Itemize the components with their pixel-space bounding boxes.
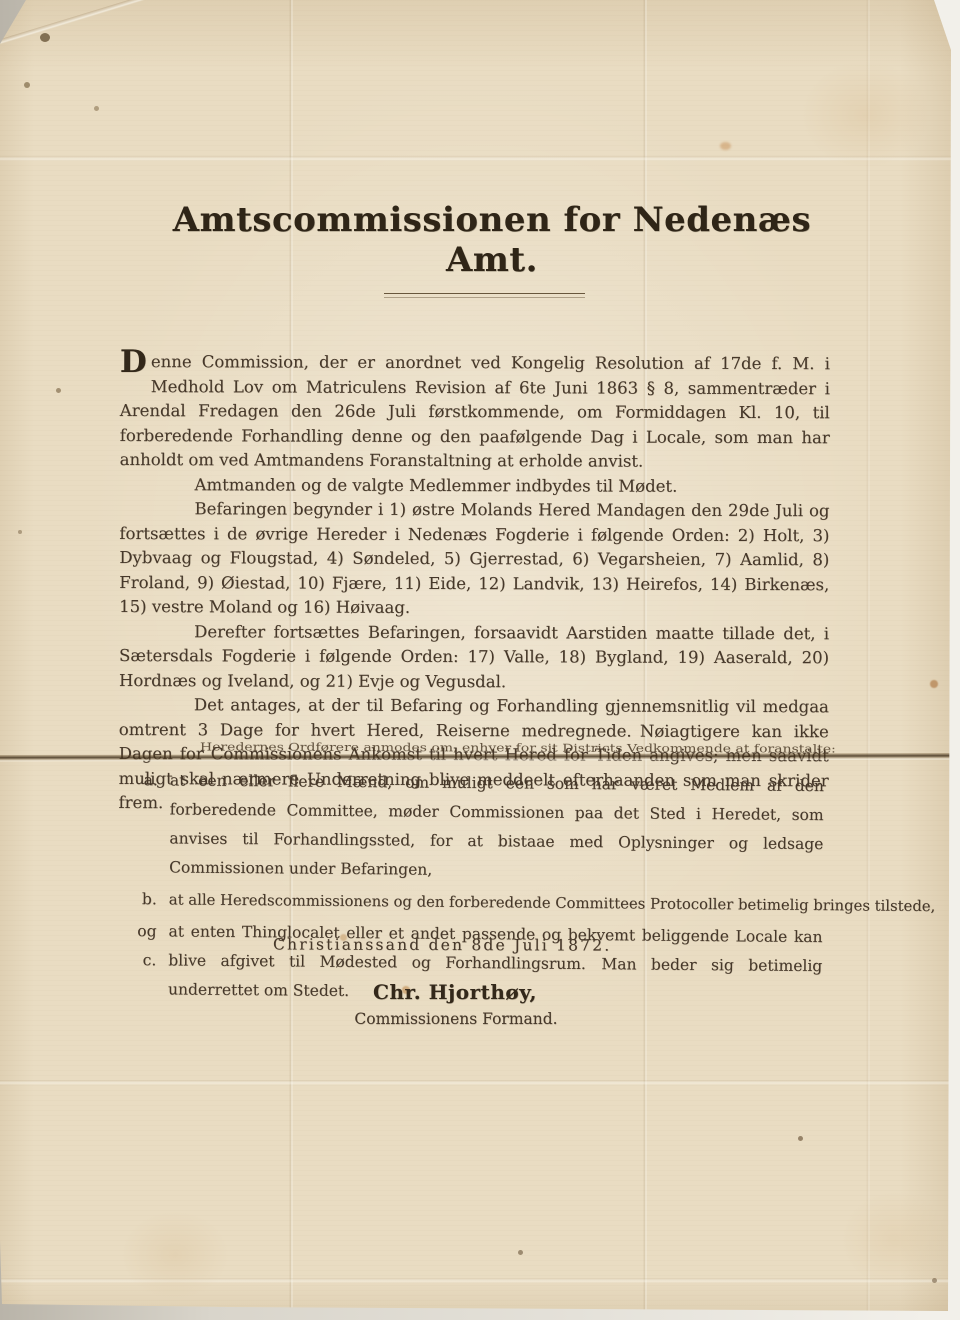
dateline: Christianssand den 8de Juli 1872. (273, 935, 612, 954)
stain (840, 1190, 950, 1290)
list-item-text: at alle Heredscommissionens og den forbe… (169, 885, 936, 921)
scanned-document: Amtscommissionen for Nedenæs Amt. Denne … (0, 0, 960, 1320)
list-item: b. at alle Heredscommissionens og den fo… (123, 885, 823, 920)
signature-name: Chr. Hjorthøy, (120, 980, 790, 1004)
stain (930, 680, 938, 688)
list-item-label: b. (123, 885, 169, 914)
stain (720, 142, 731, 150)
signature-role: Commissionens Formand. (120, 1010, 792, 1028)
horizontal-fold-crease (0, 1278, 960, 1283)
stain (120, 1210, 230, 1300)
stain (932, 1278, 937, 1283)
drop-cap-initial: D (120, 350, 151, 375)
list-item: a. at een eller flere Mænd, om muligt ee… (123, 766, 824, 888)
stain (8, 6, 17, 15)
vertical-fold-crease (866, 0, 870, 1320)
horizontal-fold-crease (0, 156, 960, 161)
horizontal-fold-crease (0, 1080, 960, 1085)
stain (56, 388, 61, 393)
intro-paragraph: Denne Commission, der er anordnet ved Ko… (120, 350, 830, 475)
title-divider (384, 293, 585, 298)
stain (40, 33, 50, 42)
paragraph: Derefter fortsættes Befaringen, forsaavi… (119, 619, 829, 695)
instruction-list: a. at een eller flere Mænd, om muligt ee… (122, 766, 824, 1013)
list-item-text: at een eller flere Mænd, om muligt een s… (169, 766, 824, 888)
corner-crease (0, 0, 166, 52)
paragraph: Amtmanden og de valgte Medlemmer indbyde… (120, 472, 830, 499)
stain (798, 1136, 803, 1141)
fold-obscured-line: Heredernes Ordførere anmodes om, enhver … (200, 741, 800, 756)
stain (24, 82, 30, 88)
stain (94, 106, 99, 111)
stain (18, 530, 22, 534)
document-title: Amtscommissionen for Nedenæs Amt. (137, 200, 847, 280)
paragraph: Befaringen begynder i 1) østre Molands H… (119, 497, 829, 622)
stain (518, 1250, 523, 1255)
list-item-label: a. (123, 766, 170, 882)
paper-sheet: Amtscommissionen for Nedenæs Amt. Denne … (0, 0, 960, 1320)
intro-text: enne Commission, der er anordnet ved Kon… (120, 352, 830, 471)
stain (800, 60, 930, 170)
